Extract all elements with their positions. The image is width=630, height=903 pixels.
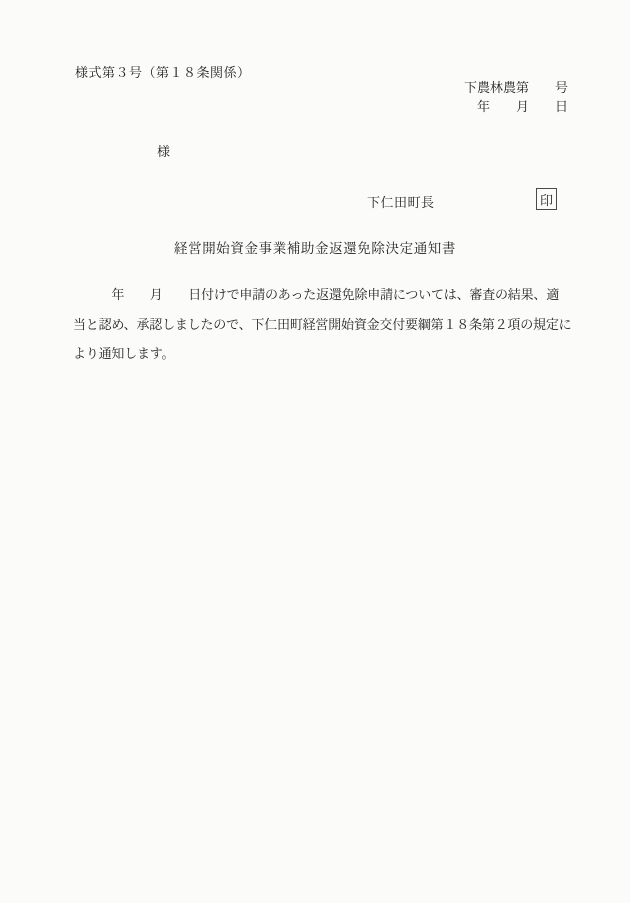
body-line-1: 年 月 日付けで申請のあった返還免除申請については、審査の結果、適 <box>73 280 570 310</box>
mayor-title: 下仁田町長 <box>367 192 435 211</box>
reference-block: 下農林農第 号 年 月 日 <box>464 78 568 116</box>
body-line-2: 当と認め、承認しましたので、下仁田町経営開始資金交付要綱第１８条第２項の規定に <box>73 310 570 340</box>
document-title: 経営開始資金事業補助金返還免除決定通知書 <box>0 237 630 257</box>
reference-number: 下農林農第 号 <box>464 78 568 97</box>
body-paragraph: 年 月 日付けで申請のあった返還免除申請については、審査の結果、適 当と認め、承… <box>73 280 570 369</box>
seal-placeholder: 印 <box>536 188 557 210</box>
document-page: 様式第３号（第１８条関係） 下農林農第 号 年 月 日 様 下仁田町長 印 経営… <box>0 0 630 903</box>
body-line-3: より通知します。 <box>73 339 570 369</box>
form-number-label: 様式第３号（第１８条関係） <box>75 62 251 81</box>
reference-date: 年 月 日 <box>464 97 568 116</box>
addressee-honorific: 様 <box>157 141 170 160</box>
